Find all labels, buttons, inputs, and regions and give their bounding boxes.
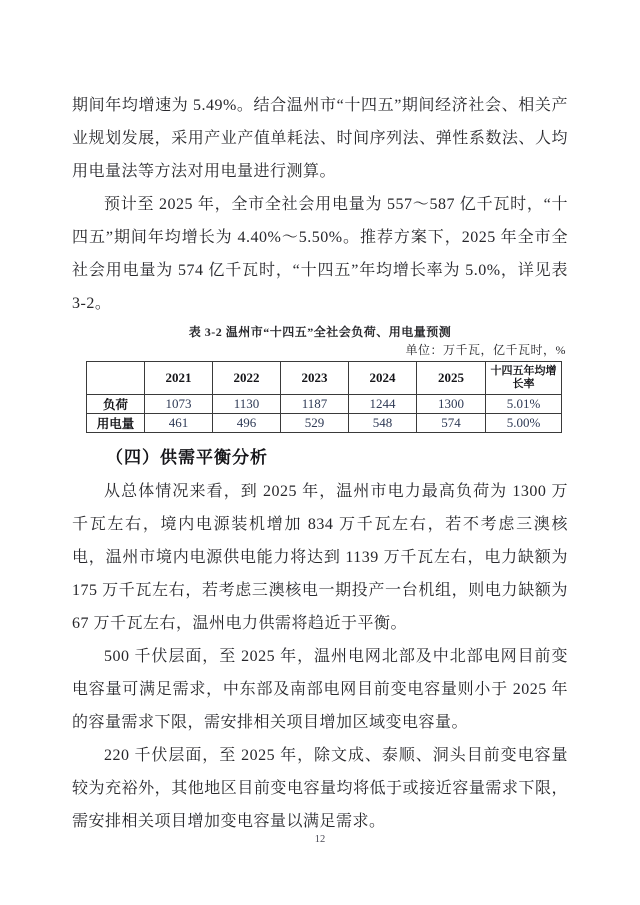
table-header-row: 2021 2022 2023 2024 2025 十四五年均增长率 [87,362,562,395]
row-label: 用电量 [87,414,145,433]
table-cell: 5.01% [486,395,562,414]
table-cell: 5.00% [486,414,562,433]
table-header-cell: 2021 [145,362,213,395]
table-cell: 461 [145,414,213,433]
table-header-cell-growth: 十四五年均增长率 [486,362,562,395]
body-paragraph: 500 千伏层面，至 2025 年，温州电网北部及中北部电网目前变电容量可满足需… [72,640,568,739]
table-cell: 529 [281,414,349,433]
body-paragraph: 220 千伏层面，至 2025 年，除文成、泰顺、洞头目前变电容量较为充裕外，其… [72,739,568,838]
forecast-table: 2021 2022 2023 2024 2025 十四五年均增长率 负荷 107… [86,361,562,433]
section-heading: （四）供需平衡分析 [72,446,568,470]
table-header-cell: 2025 [417,362,486,395]
page-number: 12 [0,834,640,845]
table-header-cell: 2024 [349,362,417,395]
table-header-cell: 2022 [213,362,281,395]
body-paragraph: 从总体情况来看，到 2025 年，温州市电力最高负荷为 1300 万千瓦左右，境… [72,475,568,640]
table-row-consumption: 用电量 461 496 529 548 574 5.00% [87,414,562,433]
table-cell: 1244 [349,395,417,414]
body-paragraph: 期间年均增速为 5.49%。结合温州市“十四五”期间经济社会、相关产业规划发展，… [72,89,568,188]
table-cell: 548 [349,414,417,433]
table-cell: 1130 [213,395,281,414]
table-caption: 表 3-2 温州市“十四五”全社会负荷、用电量预测 [72,323,568,341]
table-header-cell [87,362,145,395]
document-page: 期间年均增速为 5.49%。结合温州市“十四五”期间经济社会、相关产业规划发展，… [0,0,640,905]
table-header-cell: 2023 [281,362,349,395]
table-cell: 1300 [417,395,486,414]
body-paragraph: 预计至 2025 年，全市全社会用电量为 557～587 亿千瓦时，“十四五”期… [72,188,568,320]
table-cell: 574 [417,414,486,433]
table-row-load: 负荷 1073 1130 1187 1244 1300 5.01% [87,395,562,414]
table-unit-note: 单位：万千瓦，亿千瓦时，% [72,341,568,359]
table-cell: 1073 [145,395,213,414]
row-label: 负荷 [87,395,145,414]
page-content: 期间年均增速为 5.49%。结合温州市“十四五”期间经济社会、相关产业规划发展，… [72,89,568,838]
table-cell: 1187 [281,395,349,414]
table-cell: 496 [213,414,281,433]
